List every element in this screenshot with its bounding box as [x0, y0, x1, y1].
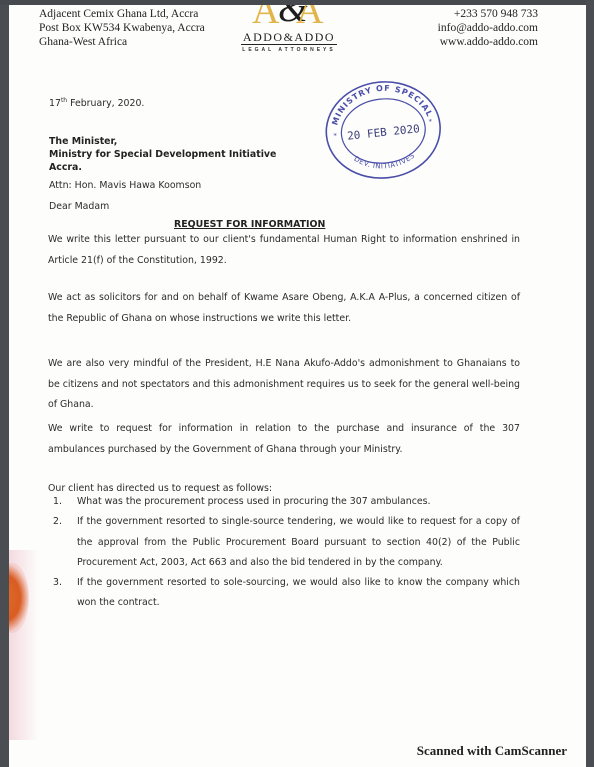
svg-text:DEV. INITIATIVES: DEV. INITIATIVES [352, 149, 418, 174]
recipient-city: Accra. [49, 161, 276, 174]
list-item: 1. What was the procurement process used… [53, 492, 520, 512]
address-line: Adjacent Cemix Ghana Ltd, Accra [39, 7, 205, 21]
received-stamp: MINISTRY OF SPECIAL DEV. INITIATIVES 20 … [317, 70, 449, 186]
firm-address: Adjacent Cemix Ghana Ltd, Accra Post Box… [39, 7, 205, 49]
address-line: Ghana-West Africa [39, 35, 205, 49]
list-number: 3. [53, 573, 77, 614]
list-text: If the government resorted to sole-sourc… [77, 573, 520, 614]
list-item: 3. If the government resorted to sole-so… [53, 573, 520, 614]
firm-logo: A & A ADDO&ADDO LEGAL ATTORNEYS [234, 5, 344, 52]
stamp-bottom-text: DEV. INITIATIVES [352, 149, 418, 174]
firm-contact: +233 570 948 733 info@addo-addo.com www.… [438, 7, 538, 49]
letter-subject: REQUEST FOR INFORMATION [174, 219, 325, 230]
recipient-title: The Minister, [49, 135, 276, 148]
website: www.addo-addo.com [438, 35, 538, 49]
address-line: Post Box KW534 Kwabenya, Accra [39, 21, 205, 35]
list-item: 2. If the government resorted to single-… [53, 512, 520, 573]
list-text: What was the procurement process used in… [77, 492, 520, 512]
letter-date: 17th February, 2020. [49, 97, 144, 109]
phone-number: +233 570 948 733 [438, 7, 538, 21]
viewer-scrollbar[interactable] [586, 0, 594, 767]
email-address: info@addo-addo.com [438, 21, 538, 35]
firm-subtitle: LEGAL ATTORNEYS [234, 47, 344, 53]
firm-name: ADDO&ADDO [241, 31, 337, 45]
svg-text:*: * [333, 132, 338, 140]
list-text: If the government resorted to single-sou… [77, 512, 520, 573]
svg-text:*: * [428, 118, 433, 126]
paragraph: We write this letter pursuant to our cli… [48, 230, 520, 271]
salutation: Dear Madam [49, 201, 109, 212]
paragraph: We write to request for information in r… [48, 419, 520, 460]
paragraph: We are also very mindful of the Presiden… [48, 354, 520, 416]
list-number: 2. [53, 512, 77, 573]
logo-letter-left: A [252, 5, 273, 30]
document-page: Adjacent Cemix Ghana Ltd, Accra Post Box… [9, 5, 586, 767]
request-list: 1. What was the procurement process used… [53, 492, 520, 614]
logo-letter-right: A [296, 5, 317, 30]
recipient-block: The Minister, Ministry for Special Devel… [49, 135, 276, 174]
stamp-seal-icon: MINISTRY OF SPECIAL DEV. INITIATIVES 20 … [317, 70, 449, 186]
recipient-ministry: Ministry for Special Development Initiat… [49, 148, 276, 161]
attention-line: Attn: Hon. Mavis Hawa Koomson [49, 180, 201, 191]
paragraph: We act as solicitors for and on behalf o… [48, 288, 520, 329]
list-number: 1. [53, 492, 77, 512]
stamp-date: 20 FEB 2020 [347, 122, 421, 143]
logo-monogram: A & A [234, 5, 344, 26]
camscanner-watermark: Scanned with CamScanner [417, 743, 567, 759]
